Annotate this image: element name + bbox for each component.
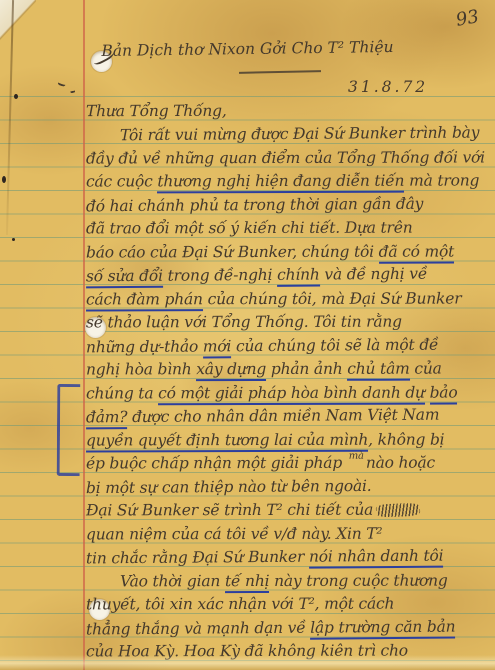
handwriting-line: quyền quyết định tương lai của mình, khô…: [86, 430, 444, 449]
handwriting-line: quan niệm của cá tôi về v/đ này. Xin T²: [86, 524, 382, 543]
text-segment: thẳng thắng và mạnh dạn về: [86, 618, 310, 638]
letter-title: Bản Dịch thơ Nixon Gởi Cho T² Thiệu: [0, 37, 495, 62]
handwriting-line: Tôi rất vui mừng được Đại Sứ Bunker trìn…: [86, 123, 479, 144]
handwriting-line: chúng ta có một giải pháp hòa bình danh …: [86, 383, 458, 402]
underlined-text: tế nhị: [225, 571, 269, 592]
underlined-text: số sửa đổi: [86, 267, 163, 289]
page-number: 93: [454, 6, 480, 31]
handwriting-line: thẳng thắng và mạnh dạn về lập trường că…: [86, 617, 456, 638]
underlined-text: nói nhân danh tôi: [309, 547, 444, 569]
handwriting-line: đã trao đổi một số ý kiến chi tiết. Dựa …: [86, 219, 413, 238]
letter-page: 93 Bản Dịch thơ Nixon Gởi Cho T² Thiệu 3…: [0, 0, 495, 670]
ink-speck: [12, 238, 15, 241]
handwriting-line: những dự-thảo mới của chúng tôi sẽ là mộ…: [86, 335, 438, 356]
blue-margin-bracket: [57, 384, 81, 476]
handwriting-line: Đại Sứ Bunker sẽ trình T² chi tiết của: [86, 501, 420, 520]
handwriting-line: đầy đủ về những quan điểm của Tổng Thống…: [86, 148, 485, 167]
text-segment: đầy đủ về những quan điểm của Tổng Thống…: [86, 148, 485, 167]
handwriting-line: Vào thời gian tế nhị này trong cuộc thươ…: [86, 571, 448, 590]
text-segment: Vào thời gian: [120, 572, 225, 590]
letter-date: 31.8.72: [348, 78, 428, 96]
handwriting-line: sẽ thảo luận với Tổng Thống. Tôi tin rằn…: [86, 313, 402, 332]
inserted-word-above-line: mà: [349, 451, 364, 462]
underlined-text: có một giải pháp hòa bình danh dự: [158, 383, 425, 405]
underlined-text: mới: [203, 337, 232, 358]
text-segment: mà trong: [404, 171, 479, 189]
underlined-text: cách đàm phán: [86, 290, 203, 311]
stray-pen-mark: [70, 88, 76, 94]
text-segment: của: [410, 360, 442, 378]
text-segment: sẽ thảo luận với Tổng Thống. Tôi tin rằn…: [86, 313, 402, 332]
handwriting-line: Thưa Tổng Thống,: [86, 101, 227, 119]
underlined-text: đã có một: [379, 242, 455, 263]
text-segment: và đề nghị về: [320, 265, 428, 284]
ink-speck: [2, 176, 6, 183]
text-segment: quan niệm của cá tôi về v/đ này. Xin T²: [86, 524, 382, 543]
underlined-text: bảo: [430, 383, 458, 404]
torn-corner: [0, 0, 36, 48]
text-segment: Tôi rất vui mừng được Đại Sứ Bunker trìn…: [120, 123, 479, 144]
handwriting-line: bị một sự can thiệp nào từ bên ngoài.: [86, 476, 372, 496]
text-segment: [425, 383, 430, 401]
ink-speck: [14, 94, 18, 99]
title-underline: [239, 70, 321, 74]
text-segment: , không bị: [368, 430, 444, 448]
text-segment: Đại Sứ Bunker sẽ trình T² chi tiết của: [86, 501, 373, 520]
underlined-text: thương nghị hiện đang diễn tiến: [157, 172, 404, 194]
text-segment: chúng ta: [86, 384, 158, 402]
text-segment: này trong cuộc thương: [269, 571, 447, 589]
scribbled-out-word: [376, 503, 420, 518]
underlined-text: xây dựng: [196, 360, 266, 381]
text-segment: đã trao đổi một số ý kiến chi tiết. Dựa …: [86, 219, 413, 238]
text-segment: của chúng tôi, mà Đại Sứ Bunker: [203, 289, 462, 308]
handwriting-line: số sửa đổi trong đề-nghị chính và đề ngh…: [86, 265, 427, 286]
text-segment: báo cáo của Đại Sứ Bunker, chúng tôi: [86, 242, 379, 261]
text-segment: thuyết, tôi xin xác nhận với T², một các…: [86, 595, 394, 614]
stray-pen-mark: [57, 79, 66, 87]
text-segment: nào hoặc: [366, 454, 435, 472]
handwriting-line: đảm? được cho nhân dân miền Nam Việt Nam: [86, 406, 439, 427]
text-segment: được cho nhân dân miền Nam Việt Nam: [127, 406, 439, 426]
bottom-crease: [0, 655, 495, 670]
handwriting-line: nghị hòa bình xây dựng phản ảnh chủ tâm …: [86, 360, 442, 379]
handwriting-line: đó hai chánh phủ ta trong thời gian gần …: [86, 194, 423, 215]
text-segment: các cuộc: [86, 172, 157, 190]
underlined-text: lập trường căn bản: [310, 617, 455, 639]
text-segment: của chúng tôi sẽ là một đề: [231, 335, 438, 355]
handwriting-line: báo cáo của Đại Sứ Bunker, chúng tôi đã …: [86, 242, 454, 261]
text-segment: những dự-thảo: [86, 337, 203, 356]
text-segment: phản ảnh: [266, 360, 347, 378]
text-segment: ép buộc chấp nhận một giải pháp: [86, 454, 347, 473]
handwriting-line: thuyết, tôi xin xác nhận với T², một các…: [86, 595, 394, 614]
handwriting-line: cách đàm phán của chúng tôi, mà Đại Sứ B…: [86, 289, 461, 308]
text-segment: nghị hòa bình: [86, 360, 196, 378]
text-segment: đó hai chánh phủ ta trong thời gian gần …: [86, 194, 423, 215]
text-segment: tin chắc rằng Đại Sứ Bunker: [86, 548, 309, 568]
underlined-text: chủ tâm: [347, 360, 409, 381]
handwriting-line: các cuộc thương nghị hiện đang diễn tiến…: [86, 171, 479, 190]
underlined-text: chính: [277, 266, 320, 287]
text-segment: Thưa Tổng Thống,: [86, 101, 227, 119]
text-segment: bị một sự can thiệp nào từ bên ngoài.: [86, 476, 372, 496]
red-margin-line: [83, 0, 85, 670]
underlined-text: đảm?: [86, 408, 128, 429]
handwriting-line: ép buộc chấp nhận một giải pháp mànào ho…: [86, 454, 435, 473]
underlined-text: quyền quyết định tương lai của mình: [86, 430, 368, 452]
handwriting-line: tin chắc rằng Đại Sứ Bunker nói nhân dan…: [86, 547, 444, 568]
text-segment: trong đề-nghị: [163, 266, 277, 285]
